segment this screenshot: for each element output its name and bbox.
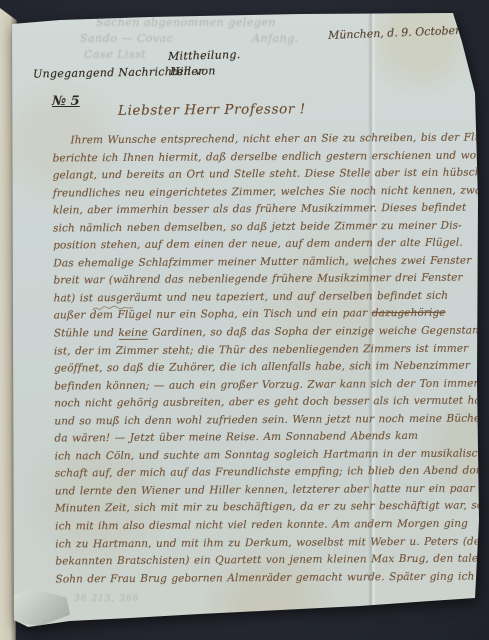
handwritten-line: Sohn der Frau Brug gebornen Almenräder g…: [55, 570, 473, 590]
handwritten-segment: Gardinen, so daß das Sopha der einzige w…: [148, 324, 486, 338]
handwritten-segment: Sohn der Frau Brug gebornen Almenräder g…: [55, 570, 474, 585]
handwritten-segment: keine: [118, 327, 148, 340]
ink-annotation-name: Hiller: [170, 65, 204, 78]
handwritten-segment: Minuten Zeit, sich mit mir zu beschäftig…: [55, 500, 489, 515]
interlinear-insertion-scribble: [92, 303, 134, 313]
handwritten-segment: klein, aber immerhin besser als das früh…: [53, 202, 466, 217]
pencil-annotation-word: Anfang.: [252, 32, 299, 45]
handwritten-segment: gelangt, und bereits an Ort und Stelle s…: [53, 166, 489, 181]
handwritten-segment: ich zu Hartmann, und mit ihm zu Derkum, …: [55, 535, 489, 550]
ink-annotation-title: Mittheilung.: [168, 48, 241, 63]
handwritten-segment: geöffnet, so daß die Zuhörer, die ich al…: [54, 360, 470, 375]
pencil-annotation-line-3: Case Lisst: [84, 48, 146, 61]
handwritten-segment: ist, der im Zimmer steht; die Thür des n…: [54, 342, 468, 357]
handwritten-segment: berichte ich Ihnen hiermit, daß derselbe…: [53, 149, 489, 165]
handwritten-segment: breit war (während das nebenliegende frü…: [53, 272, 462, 287]
bottom-left-crumple: [4, 588, 70, 626]
handwritten-segment: Stühle und: [54, 327, 119, 339]
handwritten-segment: freundliches neu eingerichtetes Zimmer, …: [53, 184, 487, 199]
pencil-annotation-line-1: Sachen abgenommen gelegen: [96, 16, 276, 29]
letter-body: Ihrem Wunsche entsprechend, nicht eher a…: [52, 132, 473, 591]
handwritten-segment: Ihrem Wunsche entsprechend, nicht eher a…: [70, 131, 489, 146]
handwritten-segment: sich nämlich neben demselben, so daß jet…: [53, 219, 462, 234]
handwritten-segment: Das ehemalige Schlafzimmer meiner Mutter…: [53, 254, 471, 269]
footer-pencil-note: 36 213, 366: [74, 594, 139, 604]
salutation: Liebster Herr Professor !: [118, 101, 306, 119]
paper-shadow-wrap: Sachen abgenommen gelegen Sando — Covac …: [0, 0, 489, 640]
handwritten-segment: dazugehörige: [372, 307, 446, 320]
handwritten-segment: position stehen, auf dem einen der neue,…: [53, 237, 463, 252]
handwritten-segment: und so muß ich denn wohl zufrieden sein.…: [54, 412, 485, 427]
handwritten-segment: noch nicht gehörig ausbreiten, aber es g…: [54, 395, 489, 410]
handwritten-segment: ich nach Cöln, und suchte am Sonntag sog…: [55, 447, 489, 462]
handwritten-segment: schaft auf, der mich auf das Freundlichs…: [55, 465, 486, 480]
dateline: München, d. 9. October 50.: [328, 23, 482, 42]
handwritten-segment: bekannten Bratschisten) ein Quartett von…: [55, 552, 489, 567]
letter-page: Sachen abgenommen gelegen Sando — Covac …: [0, 0, 489, 640]
pencil-annotation-line-2: Sando — Covac: [80, 32, 173, 45]
scan-background: Sachen abgenommen gelegen Sando — Covac …: [0, 0, 489, 640]
handwritten-segment: und lernte den Wiener und Hiller kennen,…: [55, 482, 475, 497]
archive-number-mark: № 5: [52, 94, 80, 109]
handwritten-segment: da wären! — Jetzt über meine Reise. Am S…: [54, 430, 418, 445]
handwritten-segment: befinden können; — auch ein großer Vorzu…: [54, 377, 479, 392]
handwritten-segment: ich mit ihm also diesmal nicht viel rede…: [55, 518, 468, 533]
